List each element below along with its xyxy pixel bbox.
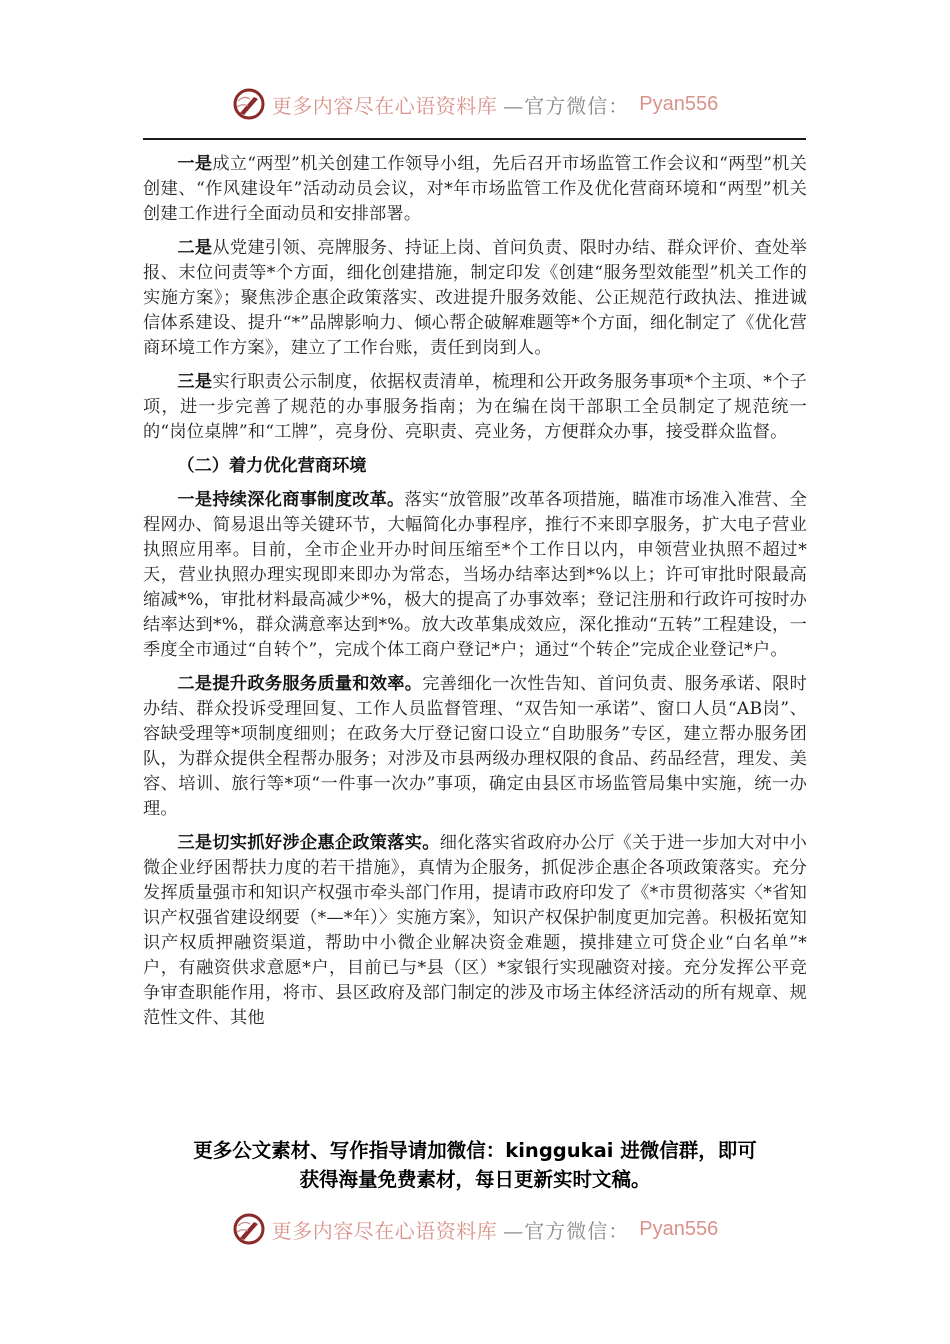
paragraph-lead: 一是持续深化商事制度改革。 — [177, 490, 404, 510]
watermark-main-text: 更多内容尽在心语资料库 — [272, 1215, 498, 1244]
paragraph-1: 一是成立“两型”机关创建工作领导小组，先后召开市场监管工作会议和“两型”机关创建… — [143, 152, 807, 227]
quill-pen-logo-icon — [232, 87, 266, 121]
paragraph-text: 成立“两型”机关创建工作领导小组，先后召开市场监管工作会议和“两型”机关创建、“… — [143, 154, 807, 224]
watermark-separator: —官方微信： — [503, 90, 629, 119]
section-paragraph-2: 二是提升政务服务质量和效率。完善细化一次性告知、首问负责、服务承诺、限时办结、群… — [143, 672, 807, 822]
promo-line-1: 更多公文素材、写作指导请加微信：kinggukai 进微信群，即可 — [143, 1136, 807, 1165]
paragraph-lead: 三是切实抓好涉企惠企政策落实。 — [177, 833, 439, 853]
paragraph-text: 落实“放管服”改革各项措施，瞄准市场准入准营、全程网办、简易退出等关键环节，大幅… — [143, 490, 807, 660]
watermark-separator: —官方微信： — [503, 1215, 629, 1244]
section-paragraph-1: 一是持续深化商事制度改革。落实“放管服”改革各项措施，瞄准市场准入准营、全程网办… — [143, 488, 807, 663]
paragraph-lead: 三是 — [177, 372, 212, 392]
promo-line-2: 获得海量免费素材，每日更新实时文稿。 — [143, 1165, 807, 1194]
paragraph-text: 从党建引领、亮牌服务、持证上岗、首问负责、限时办结、群众评价、查处举报、末位问责… — [143, 238, 807, 358]
watermark-wechat-id: Pyan556 — [639, 93, 718, 116]
paragraph-text: 细化落实省政府办公厅《关于进一步加大对中小微企业纾困帮扶力度的若干措施》，真情为… — [143, 833, 807, 1028]
header-divider — [143, 138, 806, 140]
watermark-main-text: 更多内容尽在心语资料库 — [272, 90, 498, 119]
paragraph-lead: 二是提升政务服务质量和效率。 — [177, 674, 422, 694]
section-paragraph-3: 三是切实抓好涉企惠企政策落实。细化落实省政府办公厅《关于进一步加大对中小微企业纾… — [143, 831, 807, 1031]
footer-watermark: 更多内容尽在心语资料库 —官方微信： Pyan556 — [0, 1209, 950, 1249]
paragraph-text: 实行职责公示制度，依据权责清单，梳理和公开政务服务事项*个主项、*个子项，进一步… — [143, 372, 807, 442]
section-heading: （二）着力优化营商环境 — [143, 454, 807, 479]
quill-pen-logo-icon — [232, 1212, 266, 1246]
header-watermark: 更多内容尽在心语资料库 —官方微信： Pyan556 — [0, 84, 950, 124]
promo-notice: 更多公文素材、写作指导请加微信：kinggukai 进微信群，即可 获得海量免费… — [143, 1136, 807, 1194]
paragraph-text: 完善细化一次性告知、首问负责、服务承诺、限时办结、群众投诉受理回复、工作人员监督… — [143, 674, 807, 819]
paragraph-3: 三是实行职责公示制度，依据权责清单，梳理和公开政务服务事项*个主项、*个子项，进… — [143, 370, 807, 445]
paragraph-lead: 二是 — [177, 238, 212, 258]
document-body: 一是成立“两型”机关创建工作领导小组，先后召开市场监管工作会议和“两型”机关创建… — [143, 152, 807, 1040]
watermark-wechat-id: Pyan556 — [639, 1218, 718, 1241]
paragraph-lead: 一是 — [177, 154, 212, 174]
paragraph-2: 二是从党建引领、亮牌服务、持证上岗、首问负责、限时办结、群众评价、查处举报、末位… — [143, 236, 807, 361]
